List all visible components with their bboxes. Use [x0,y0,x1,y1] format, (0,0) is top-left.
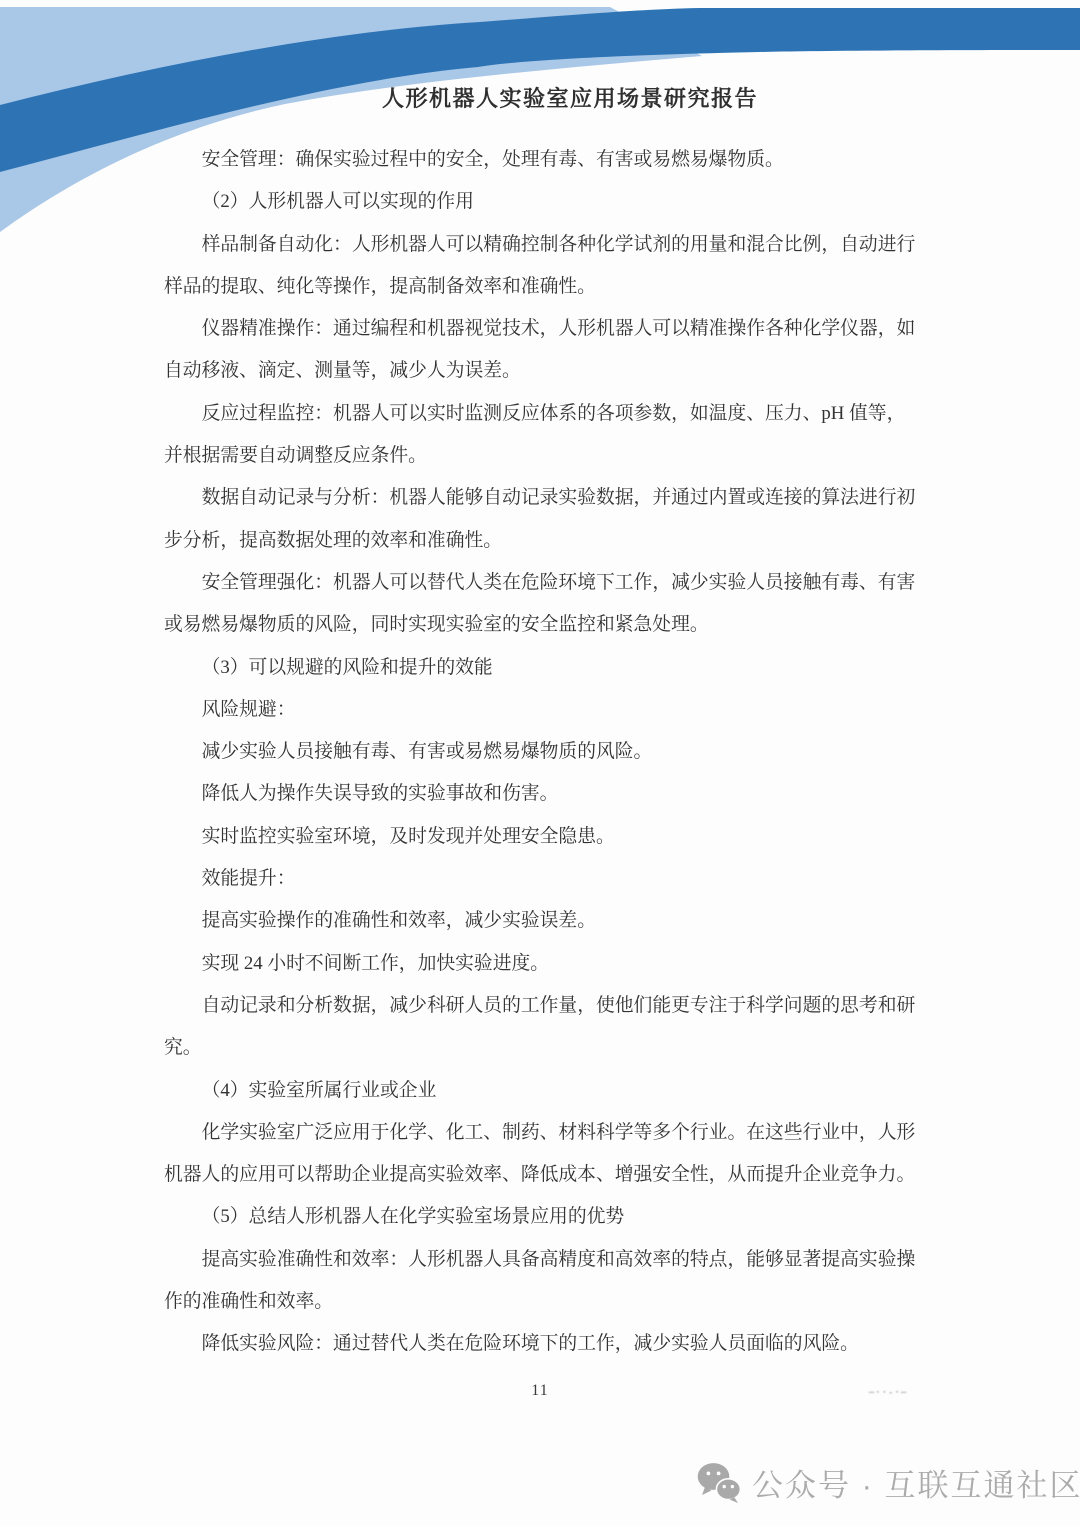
text-line: 仪器精准操作：通过编程和机器视觉技术，人形机器人可以精准操作各种化学仪器，如 [164,308,924,350]
text-line: 自动记录和分析数据，减少科研人员的工作量，使他们能更专注于科学问题的思考和研 [164,985,924,1027]
text-line: 自动移液、滴定、测量等，减少人为误差。 [164,350,924,392]
text-line: 实现 24 小时不间断工作，加快实验进度。 [164,943,924,985]
body-text: 安全管理：确保实验过程中的安全，处理有毒、有害或易燃易爆物质。（2）人形机器人可… [164,139,924,1366]
text-line: （4）实验室所属行业或企业 [164,1070,924,1112]
text-line: （2）人形机器人可以实现的作用 [164,181,924,223]
text-line: 安全管理：确保实验过程中的安全，处理有毒、有害或易燃易爆物质。 [164,139,924,181]
text-line: 效能提升： [164,858,924,900]
text-line: 降低实验风险：通过替代人类在危险环境下的工作，减少实验人员面临的风险。 [164,1323,924,1365]
text-line: 样品制备自动化：人形机器人可以精确控制各种化学试剂的用量和混合比例，自动进行 [164,224,924,266]
text-line: （3）可以规避的风险和提升的效能 [164,647,924,689]
text-line: 减少实验人员接触有毒、有害或易燃易爆物质的风险。 [164,731,924,773]
text-line: 样品的提取、纯化等操作，提高制备效率和准确性。 [164,266,924,308]
text-line: 作的准确性和效率。 [164,1281,924,1323]
text-line: 提高实验操作的准确性和效率，减少实验误差。 [164,900,924,942]
page-title: 人形机器人实验室应用场景研究报告 [0,82,1080,113]
watermark-smudge: —··-·— [856,1388,920,1398]
text-line: 安全管理强化：机器人可以替代人类在危险环境下工作，减少实验人员接触有毒、有害 [164,562,924,604]
text-line: 降低人为操作失误导致的实验事故和伤害。 [164,773,924,815]
text-line: （5）总结人形机器人在化学实验室场景应用的优势 [164,1196,924,1238]
footer-brand-label: 公众号 · 互联互通社区 [752,1460,1080,1505]
document-page: 人形机器人实验室应用场景研究报告 安全管理：确保实验过程中的安全，处理有毒、有害… [0,0,1080,1526]
text-line: 步分析，提高数据处理的效率和准确性。 [164,520,924,562]
text-line: 数据自动记录与分析：机器人能够自动记录实验数据，并通过内置或连接的算法进行初 [164,477,924,519]
text-line: 并根据需要自动调整反应条件。 [164,435,924,477]
text-line: 反应过程监控：机器人可以实时监测反应体系的各项参数，如温度、压力、pH 值等， [164,393,924,435]
text-line: 风险规避： [164,689,924,731]
text-line: 化学实验室广泛应用于化学、化工、制药、材料科学等多个行业。在这些行业中，人形 [164,1112,924,1154]
wechat-icon [697,1462,741,1504]
text-line: 实时监控实验室环境，及时发现并处理安全隐患。 [164,816,924,858]
text-line: 或易燃易爆物质的风险，同时实现实验室的安全监控和紧急处理。 [164,604,924,646]
footer-brand: 公众号 · 互联互通社区 [697,1460,1080,1505]
text-line: 究。 [164,1027,924,1069]
text-line: 提高实验准确性和效率：人形机器人具备高精度和高效率的特点，能够显著提高实验操 [164,1239,924,1281]
text-line: 机器人的应用可以帮助企业提高实验效率、降低成本、增强安全性，从而提升企业竞争力。 [164,1154,924,1196]
